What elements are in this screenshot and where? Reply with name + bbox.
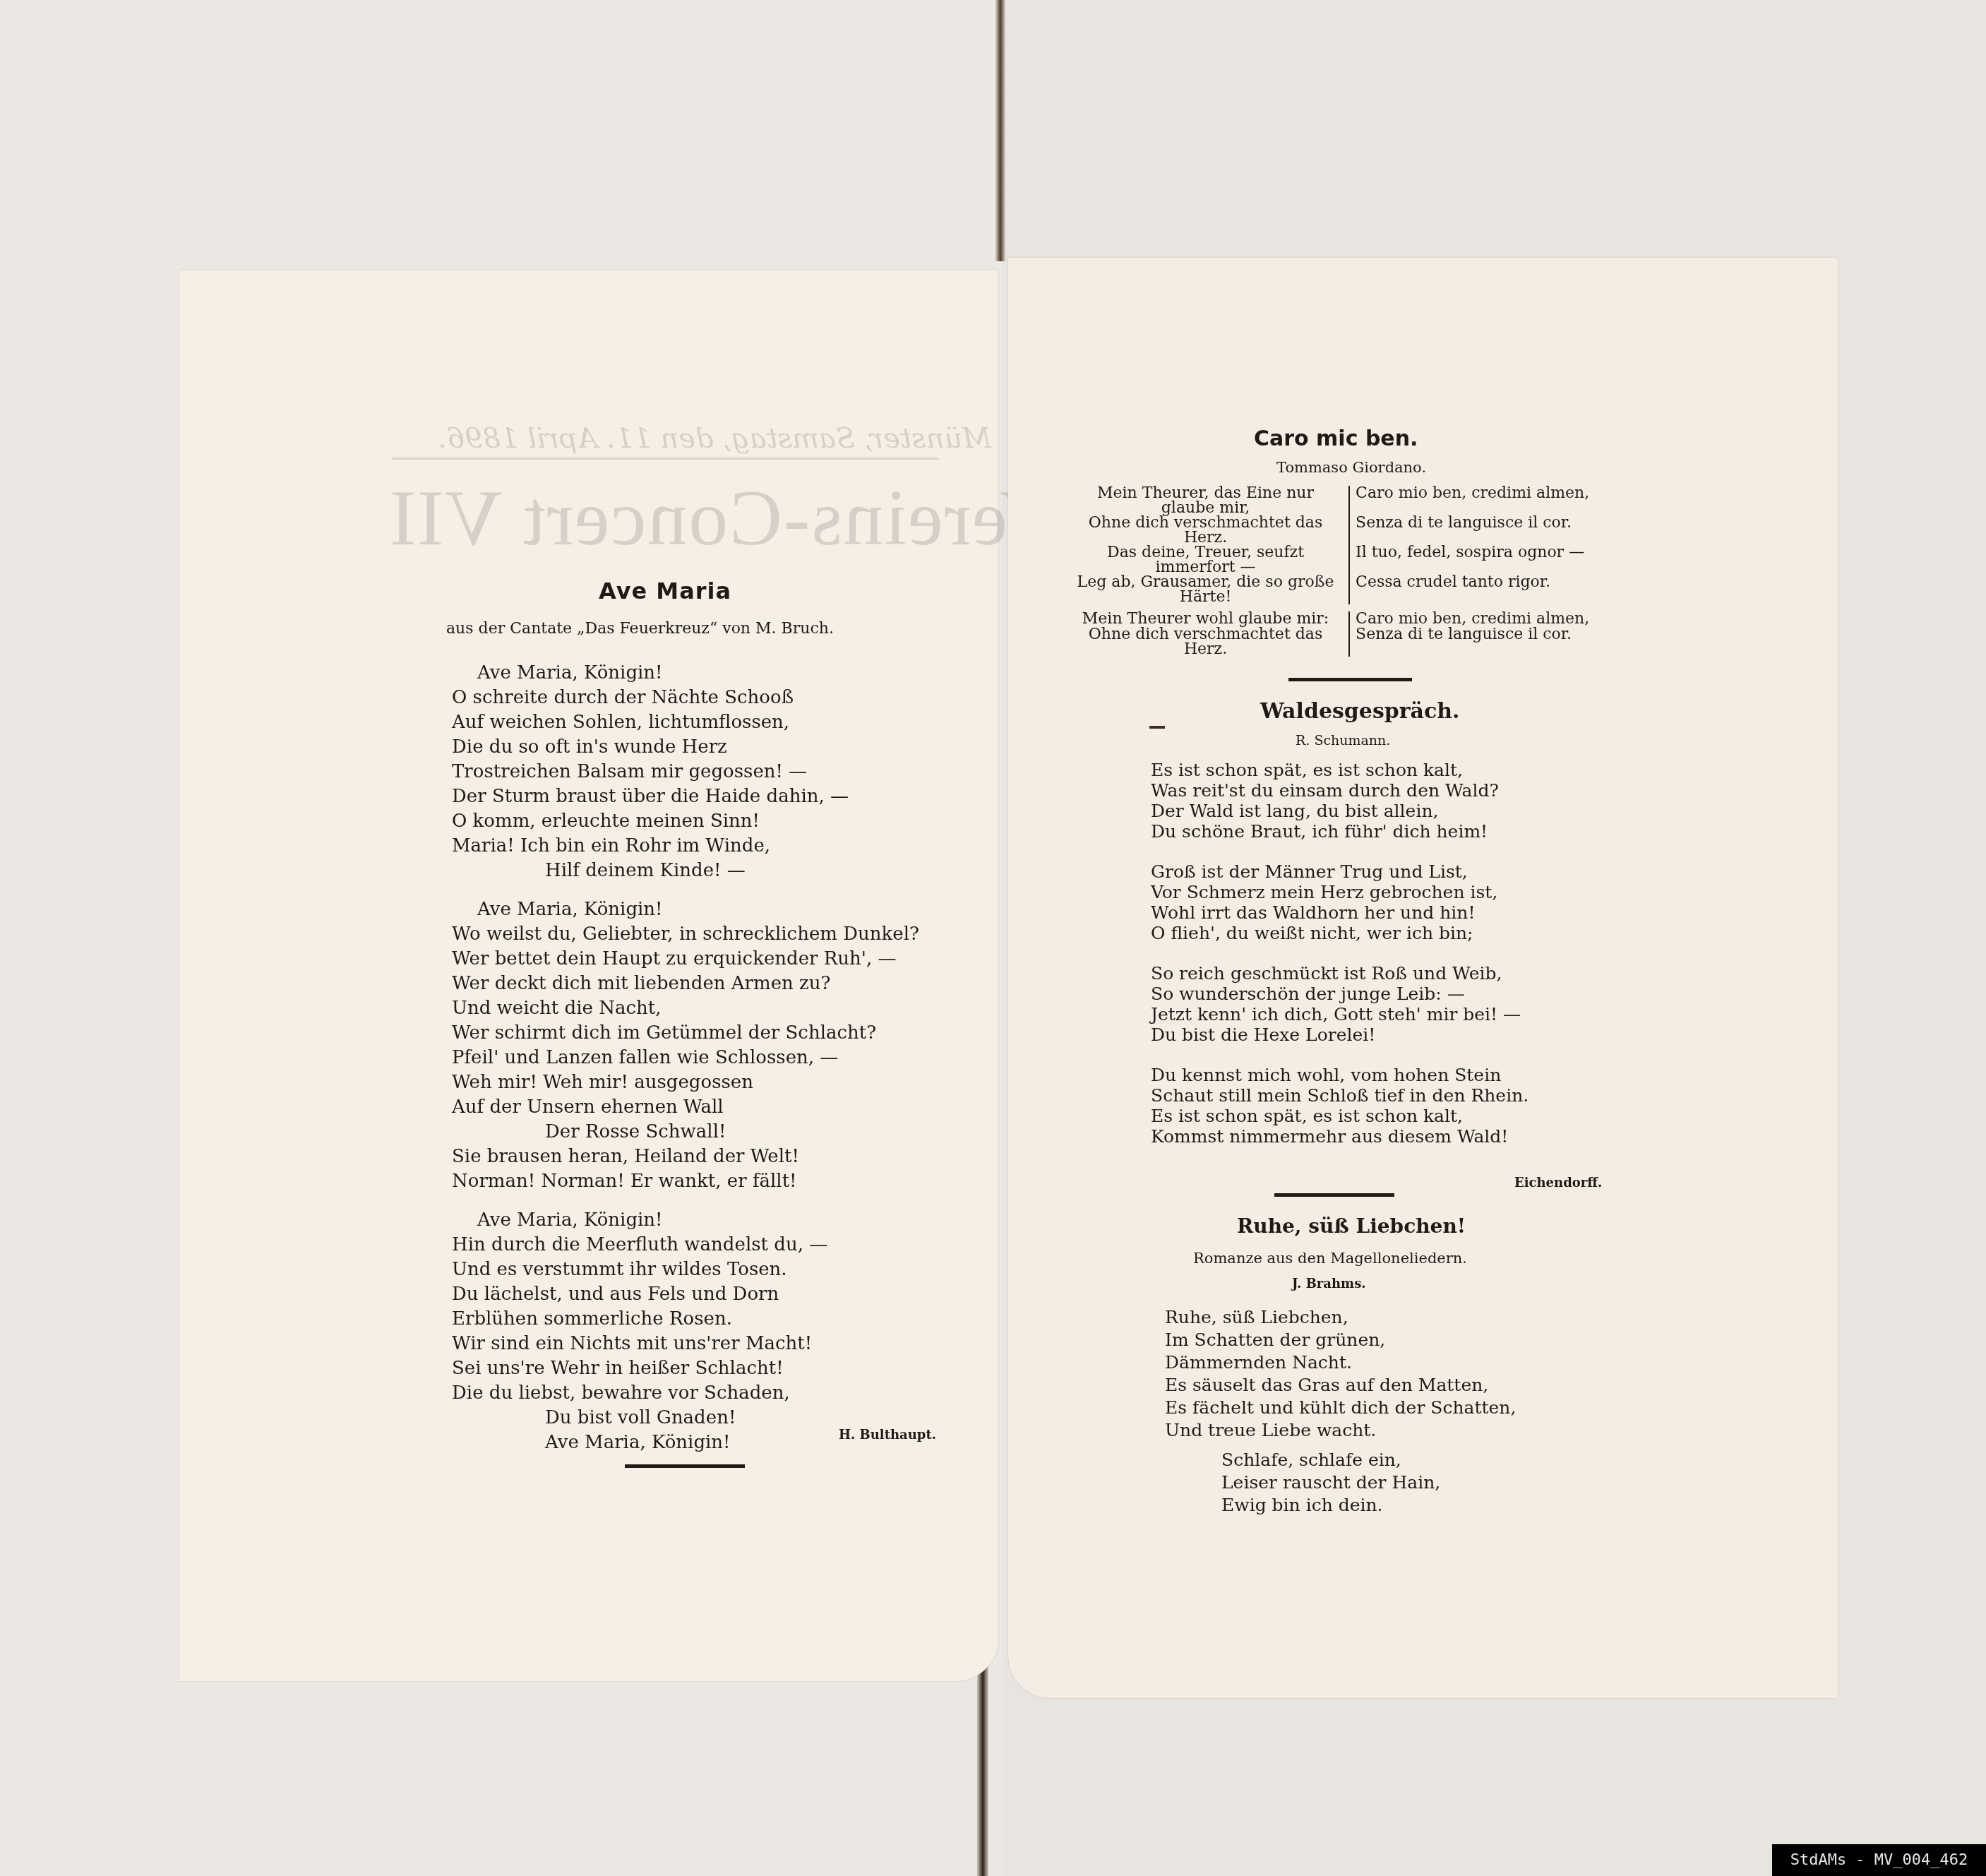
lyric-line: Du schöne Braut, ich führ' dich heim! (1151, 821, 1529, 842)
lyric-line: Du lächelst, und aus Fels und Dorn (452, 1282, 919, 1307)
italian-line: Caro mio ben, credimi almen, (1348, 611, 1634, 627)
lyric-line: O komm, erleuchte meinen Sinn! (452, 809, 919, 834)
lyric-line: So reich geschmückt ist Roß und Weib, (1151, 963, 1529, 984)
lyric-line: Es säuselt das Gras auf den Matten, (1165, 1374, 1516, 1397)
printer-mark (1149, 726, 1165, 729)
lyric-line: Die du so oft in's wunde Herz (452, 735, 919, 760)
lyric-line: Du bist voll Gnaden! (452, 1406, 919, 1430)
section-divider (625, 1464, 745, 1468)
lyric-line: Es ist schon spät, es ist schon kalt, (1151, 760, 1529, 780)
lyric-line: Du kennst mich wohl, vom hohen Stein (1151, 1065, 1529, 1085)
lyric-line: Pfeil' und Lanzen fallen wie Schlossen, … (452, 1046, 919, 1070)
ruhe-lyrics: Ruhe, süß Liebchen,Im Schatten der grüne… (1165, 1306, 1516, 1517)
lyric-line: O flieh', du weißt nicht, wer ich bin; (1151, 923, 1529, 943)
lyric-line: Ave Maria, Königin! (452, 1208, 919, 1233)
lyricist-credit-eichendorff: Eichendorff. (1514, 1176, 1602, 1190)
lyric-row: Mein Theurer, das Eine nur glaube mir,Ca… (1070, 486, 1634, 515)
lyric-line: Wer bettet dein Haupt zu erquickender Ru… (452, 947, 919, 972)
lyric-line: Sei uns're Wehr in heißer Schlacht! (452, 1356, 919, 1381)
lyric-line: Wir sind ein Nichts mit uns'rer Macht! (452, 1332, 919, 1356)
german-line: Ohne dich verschmachtet das Herz. (1070, 627, 1348, 657)
italian-line: Il tuo, fedel, sospira ognor — (1348, 545, 1634, 575)
lyric-line: Auf weichen Sohlen, lichtumflossen, (452, 710, 919, 735)
lyricist-credit: H. Bulthaupt. (839, 1428, 936, 1442)
lyric-row: Das deine, Treuer, seufzt immerfort —Il … (1070, 545, 1634, 575)
song-title-caro-mio-ben: Caro mic ben. (1254, 426, 1418, 451)
bleed-through-date: Münster, Samstag, den 11. April 1896. (438, 422, 991, 455)
lyric-line: Ruhe, süß Liebchen, (1165, 1306, 1516, 1329)
section-divider (1288, 678, 1412, 681)
lyric-line: So wunderschön der junge Leib: — (1151, 984, 1529, 1004)
lyric-line: Der Wald ist lang, du bist allein, (1151, 801, 1529, 821)
lyric-line: Der Rosse Schwall! (452, 1120, 919, 1145)
lyric-line: Weh mir! Weh mir! ausgegossen (452, 1070, 919, 1095)
lyric-line: Sie brausen heran, Heiland der Welt! (452, 1145, 919, 1169)
lyric-row: Leg ab, Grausamer, die so große Härte!Ce… (1070, 575, 1634, 604)
lyric-line: Auf der Unsern ehernen Wall (452, 1095, 919, 1120)
lyric-line: Wo weilst du, Geliebter, in schreckliche… (452, 922, 919, 947)
bleed-through-title: Vereins-Concert VII (388, 473, 1057, 564)
song-subtitle-ave-maria: aus der Cantate „Das Feuerkreuz“ von M. … (446, 620, 834, 638)
italian-line: Cessa crudel tanto rigor. (1348, 575, 1634, 604)
lyric-line: Kommst nimmermehr aus diesem Wald! (1151, 1126, 1529, 1147)
lyric-row: Ohne dich verschmachtet das Herz.Senza d… (1070, 627, 1634, 657)
lyric-line: Maria! Ich bin ein Rohr im Winde, (452, 834, 919, 859)
lyric-line: Norman! Norman! Er wankt, er fällt! (452, 1169, 919, 1194)
gutter-shadow-upper (995, 0, 1005, 261)
lyric-line: Erblühen sommerliche Rosen. (452, 1307, 919, 1332)
lyric-line: Vor Schmerz mein Herz gebrochen ist, (1151, 882, 1529, 902)
lyric-line: Und treue Liebe wacht. (1165, 1419, 1516, 1442)
lyric-line: Und es verstummt ihr wildes Tosen. (452, 1257, 919, 1282)
lyric-line: Im Schatten der grünen, (1165, 1329, 1516, 1351)
lyric-line: Hilf deinem Kinde! — (452, 859, 919, 883)
bilingual-lyrics-table: Mein Theurer, das Eine nur glaube mir,Ca… (1070, 486, 1634, 657)
composer-credit-brahms: J. Brahms. (1292, 1277, 1366, 1291)
lyric-line: Ave Maria, Königin! (452, 661, 919, 686)
bleed-through-rule (392, 458, 939, 460)
lyric-line: Dämmernden Nacht. (1165, 1351, 1516, 1374)
stanza-gap (452, 883, 919, 897)
lyric-line: Hin durch die Meerfluth wandelst du, — (452, 1233, 919, 1257)
german-line: Mein Theurer wohl glaube mir: (1070, 611, 1348, 627)
song-title-ave-maria: Ave Maria (599, 578, 731, 604)
section-divider (1274, 1193, 1394, 1197)
stanza-gap (1151, 1045, 1529, 1065)
lyric-line: Ewig bin ich dein. (1165, 1494, 1516, 1517)
lyric-line: O schreite durch der Nächte Schooß (452, 686, 919, 710)
german-line: Das deine, Treuer, seufzt immerfort — (1070, 545, 1348, 575)
lyric-line: Wer deckt dich mit liebenden Armen zu? (452, 972, 919, 996)
gutter-shadow-lower (977, 1645, 988, 1876)
stanza-gap (1151, 943, 1529, 963)
lyric-row: Ohne dich verschmachtet das Herz.Senza d… (1070, 515, 1634, 545)
lyric-line: Trostreichen Balsam mir gegossen! — (452, 760, 919, 784)
stanza-gap (452, 1194, 919, 1208)
italian-line: Senza di te languisce il cor. (1348, 515, 1634, 545)
lyric-line: Schlafe, schlafe ein, (1165, 1449, 1516, 1471)
german-line: Ohne dich verschmachtet das Herz. (1070, 515, 1348, 545)
song-title-waldesgespraech: Waldesgespräch. (1260, 699, 1460, 724)
lyric-line: Ave Maria, Königin! (452, 897, 919, 922)
lyric-line: Leiser rauscht der Hain, (1165, 1471, 1516, 1494)
song-title-ruhe-suess-liebchen: Ruhe, süß Liebchen! (1237, 1214, 1466, 1238)
ave-maria-lyrics: Ave Maria, Königin!O schreite durch der … (452, 661, 919, 1455)
italian-line: Caro mio ben, credimi almen, (1348, 486, 1634, 515)
lyric-line: Es ist schon spät, es ist schon kalt, (1151, 1106, 1529, 1126)
lyric-line: Der Sturm braust über die Haide dahin, — (452, 784, 919, 809)
lyric-line: Was reit'st du einsam durch den Wald? (1151, 780, 1529, 801)
archive-id-label: StdAMs - MV_004_462 (1772, 1844, 1986, 1876)
lyric-line: Du bist die Hexe Lorelei! (1151, 1024, 1529, 1045)
german-line: Leg ab, Grausamer, die so große Härte! (1070, 575, 1348, 604)
waldesgespraech-lyrics: Es ist schon spät, es ist schon kalt,Was… (1151, 760, 1529, 1147)
stanza-gap (1151, 842, 1529, 861)
lyric-line: Wer schirmt dich im Getümmel der Schlach… (452, 1021, 919, 1046)
composer-credit-schumann: R. Schumann. (1296, 733, 1390, 748)
lyric-line: Und weicht die Nacht, (452, 996, 919, 1021)
song-subtitle-magelone: Romanze aus den Magelloneliedern. (1193, 1250, 1467, 1267)
lyric-line: Schaut still mein Schloß tief in den Rhe… (1151, 1085, 1529, 1106)
lyric-line: Groß ist der Männer Trug und List, (1151, 861, 1529, 882)
german-line: Mein Theurer, das Eine nur glaube mir, (1070, 486, 1348, 515)
lyric-line: Jetzt kenn' ich dich, Gott steh' mir bei… (1151, 1004, 1529, 1024)
lyric-line: Wohl irrt das Waldhorn her und hin! (1151, 902, 1529, 923)
lyric-line: Es fächelt und kühlt dich der Schatten, (1165, 1397, 1516, 1419)
italian-line: Senza di te languisce il cor. (1348, 627, 1634, 657)
composer-credit-giordano: Tommaso Giordano. (1276, 459, 1426, 476)
lyric-line: Die du liebst, bewahre vor Schaden, (452, 1381, 919, 1406)
lyric-row: Mein Theurer wohl glaube mir:Caro mio be… (1070, 611, 1634, 627)
